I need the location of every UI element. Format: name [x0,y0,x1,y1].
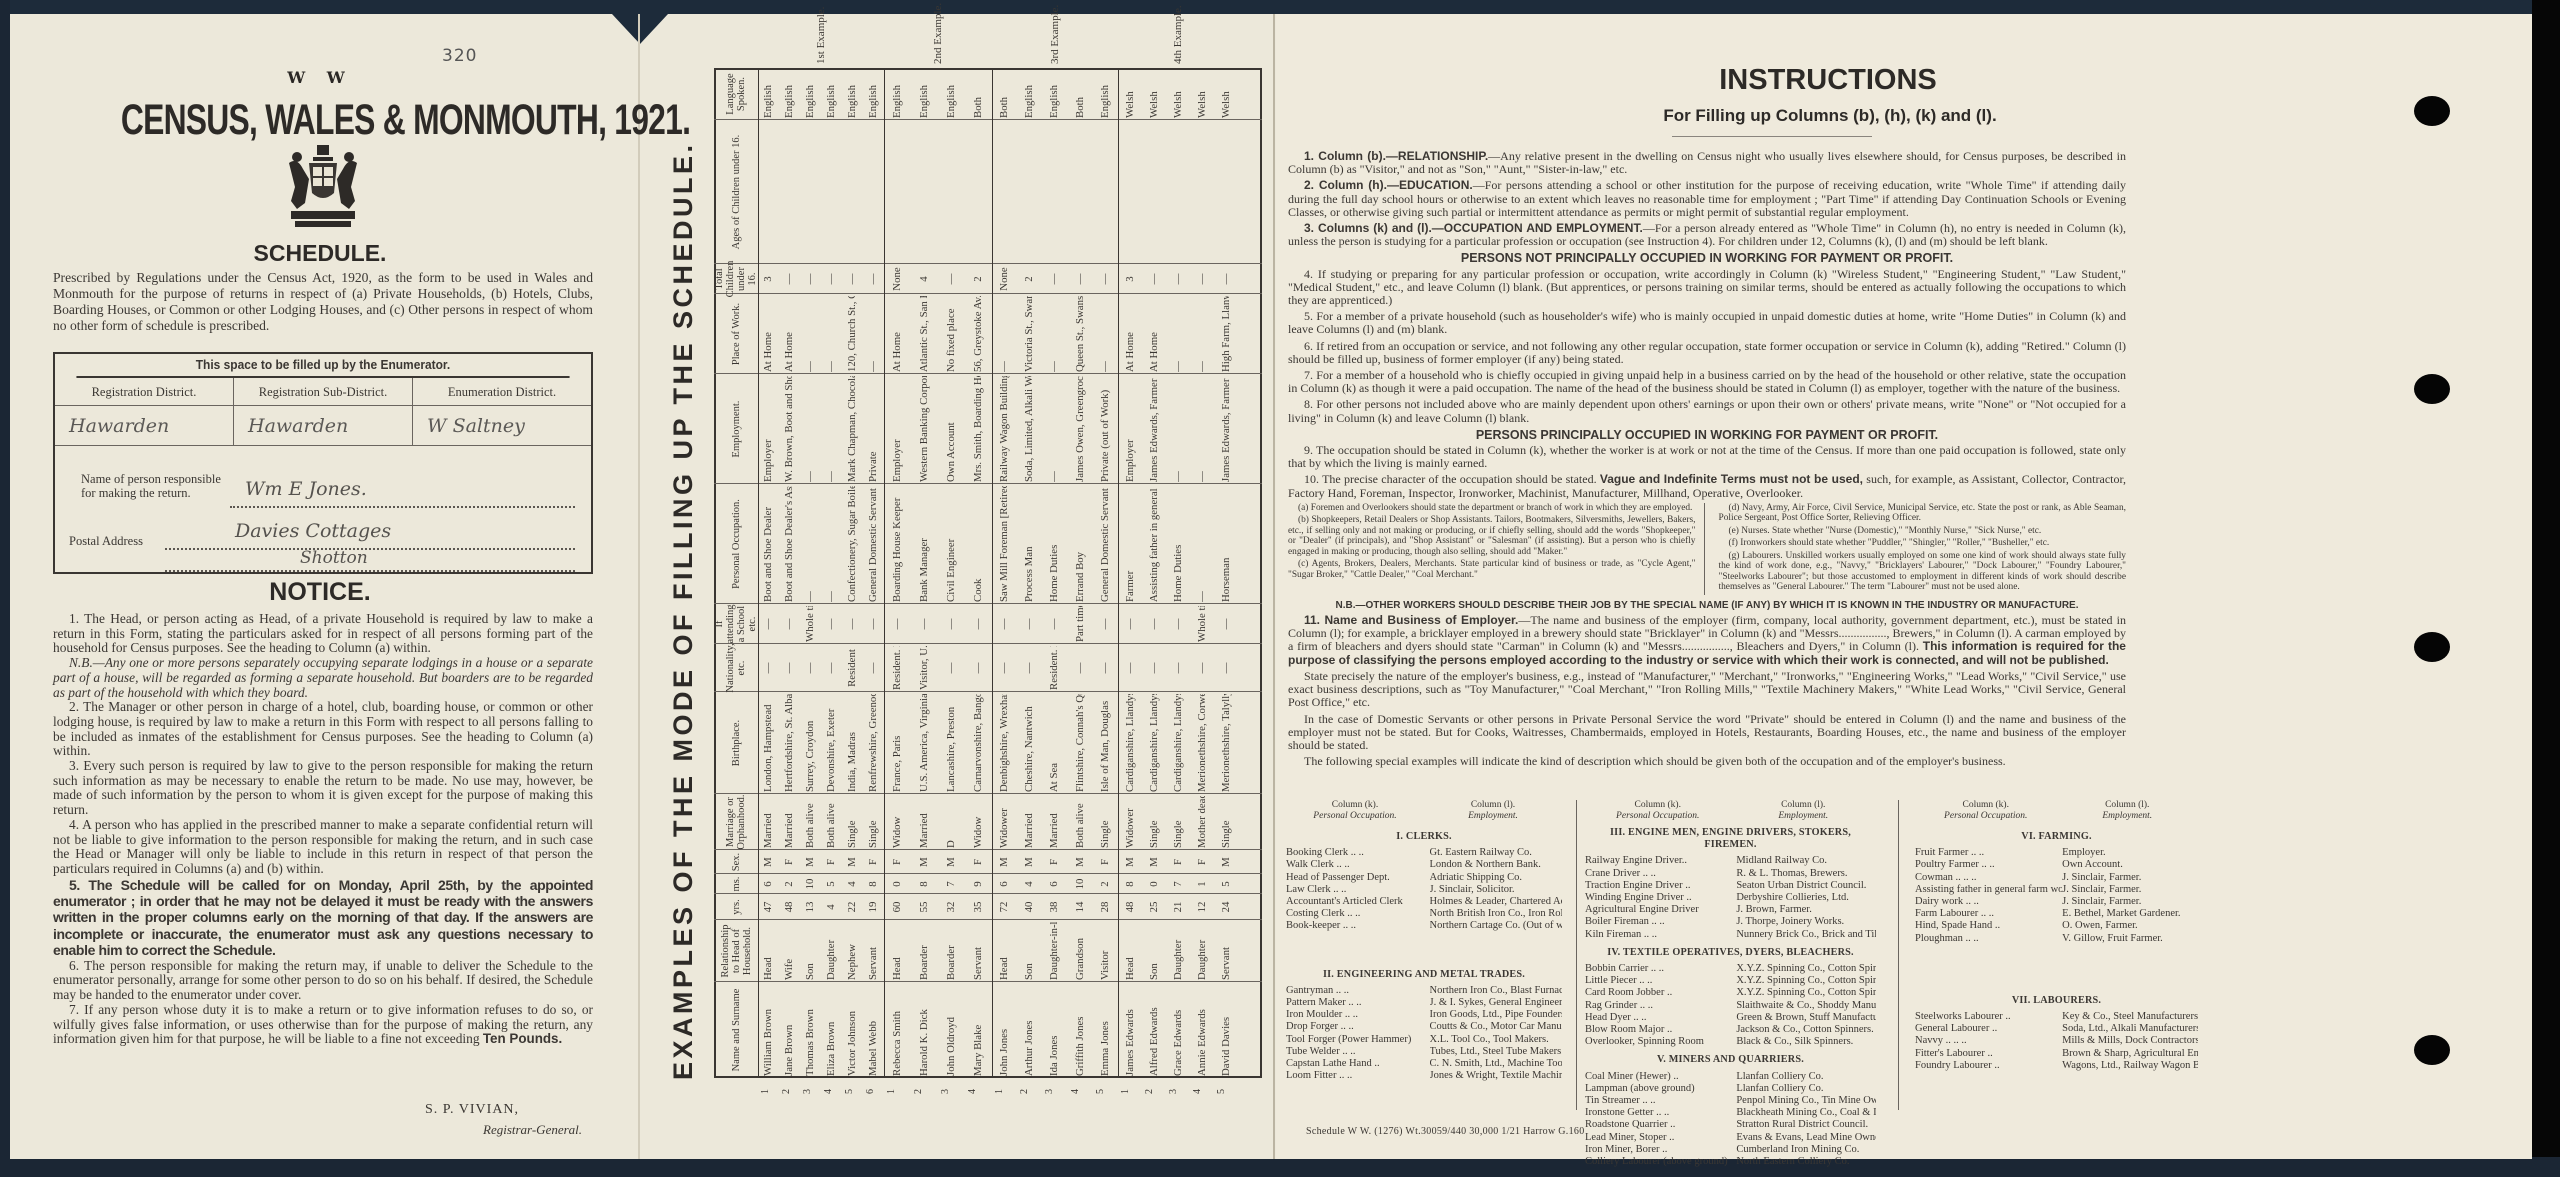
row-number: 3 [802,1089,813,1094]
cell-birth: Flintshire, Connah's Quay [1068,694,1093,792]
examples-row: Pattern Maker .. ..J. & I. Sykes, Genera… [1286,997,1562,1009]
column-header-ms: ms. [714,874,758,894]
cell-mar: Widow [884,796,911,848]
examples-column-header: Column (k).Personal Occupation.Column (l… [1286,800,1562,821]
subitem-b: (b) Shopkeepers, Retail Dealers or Shop … [1288,515,1696,557]
examples-section: VI. FARMING.Fruit Farmer .. ..Employer.P… [1915,831,2198,945]
instruction-6: 6. If retired from an occupation or serv… [1288,340,2126,366]
cell-nat: — [992,646,1017,690]
cell-occ: General Domestic Servant [863,486,884,602]
cell-sex: M [758,852,779,872]
examples-row: Bobbin Carrier .. ..X.Y.Z. Spinning Co.,… [1585,963,1876,975]
cell-sex: F [863,852,884,872]
cell-school: — [992,606,1017,642]
cell-rel: Son [1017,922,1042,980]
personal-occupation: Boiler Fireman .. .. [1585,916,1736,928]
cell-lang: English [884,70,911,118]
cell-mar: Single [842,796,863,848]
column-divider [714,293,1262,294]
notice-item-5: 5. The Schedule will be called for on Mo… [53,877,593,959]
examples-column-1: Column (k).Personal Occupation.Column (l… [1286,800,1562,1082]
employment: Iron Goods, Ltd., Pipe Founders. [1430,1009,1562,1021]
personal-occupation: Farm Labourer .. .. [1915,908,2062,920]
cell-place: — [1190,296,1214,372]
personal-occupation: General Labourer .. [1915,1023,2062,1035]
cell-ms: 8 [911,876,938,892]
cell-emp: Employer [884,376,911,482]
personal-occupation: Booking Clerk .. .. [1286,847,1430,859]
cell-rel: Daughter [821,922,842,980]
employment: Jones & Wright, Textile Machinery Makers… [1430,1070,1562,1082]
personal-occupation: Tool Forger (Power Hammer) [1286,1034,1430,1046]
column-header-yrs: yrs. [714,894,758,920]
cell-birth: Merionethshire, Talyllyn [1214,694,1238,792]
employment: Evans & Evans, Lead Mine Owners. [1736,1132,1876,1144]
prescribed-text: Prescribed by Regulations under the Cens… [53,270,593,334]
examples-row: Booking Clerk .. ..Gt. Eastern Railway C… [1286,847,1562,859]
cell-total: None [992,266,1017,292]
employment: Northern Cartage Co. (Out of work.) [1430,920,1562,932]
cell-lang: Welsh [1214,70,1238,118]
column-header-school: If attending a School etc. [714,604,758,644]
examples-row: Poultry Farmer .. ..Own Account. [1915,859,2198,871]
punch-hole-icon [2414,96,2450,126]
cell-name: David Davies [1214,984,1238,1076]
examples-section-title: I. CLERKS. [1286,831,1562,843]
cell-total: 3 [1118,266,1142,292]
column-header-name: Name and Surname [714,982,758,1078]
cell-occ: — [800,486,821,602]
cell-mar: Single [1214,796,1238,848]
cell-birth: Cardiganshire, Llandyssul [1118,694,1142,792]
cell-nat: — [758,646,779,690]
example-label: 4th Example. [1172,5,1184,64]
royal-coat-of-arms-icon [283,143,363,233]
cell-rel: Servant [965,922,992,980]
column-divider [714,373,1262,374]
cell-yrs: 28 [1093,896,1118,918]
cell-mar: Single [1093,796,1118,848]
cell-name: Harold K. Dick [911,984,938,1076]
cell-place: — [800,296,821,372]
examples-row: Crane Driver .. ..R. & L. Thomas, Brewer… [1585,868,1876,880]
cell-emp: Soda, Limited, Alkali Works [1017,376,1042,482]
instruction-4: 4. If studying or preparing for any part… [1288,268,2126,308]
cell-rel: Boarder [911,922,938,980]
signature-name: S. P. VIVIAN, [425,1102,519,1118]
cell-sex: M [1118,852,1142,872]
employment: Midland Railway Co. [1736,855,1876,867]
cell-mar: Married [911,796,938,848]
section-heading-occupied: PERSONS PRINCIPALLY OCCUPIED IN WORKING … [1288,429,2126,442]
examples-row: Railway Engine Driver..Midland Railway C… [1585,855,1876,867]
cell-nat: — [965,646,992,690]
examples-row: Farm Labourer .. ..E. Bethel, Market Gar… [1915,908,2198,920]
row-number: 1 [994,1089,1005,1094]
cell-name: Victor Johnson [842,984,863,1076]
cell-ms: 6 [758,876,779,892]
examples-row: Ironstone Getter .. ..Blackheath Mining … [1585,1107,1876,1119]
instruction-7: 7. For a member of a household who is ch… [1288,369,2126,395]
cell-nat: — [1017,646,1042,690]
cell-total: — [1068,266,1093,292]
registration-district-field[interactable]: Hawarden [55,406,234,445]
row-number: 4 [823,1089,834,1094]
cell-birth: Cardiganshire, Llandyssul [1142,694,1166,792]
cell-school: — [1214,606,1238,642]
examples-row: Foundry Labourer ..Wagons, Ltd., Railway… [1915,1060,2198,1072]
postal-address-line2-field[interactable]: Shotton [300,548,368,568]
cell-ms: 10 [800,876,821,892]
cell-sex: M [938,852,965,872]
registration-sub-district-field[interactable]: Hawarden [234,406,413,445]
cell-rel: Boarder [938,922,965,980]
personal-occupation: Colliery Labourer (above ground) [1585,1156,1736,1168]
cell-school: — [821,606,842,642]
personal-occupation: Ironstone Getter .. .. [1585,1107,1736,1119]
employment: J. Sinclair, Farmer. [2062,884,2198,896]
cell-yrs: 32 [938,896,965,918]
punch-hole-icon [2414,632,2450,662]
cell-birth: Cardiganshire, Llandyssul [1166,694,1190,792]
cell-school: — [884,606,911,642]
cell-place: At Home [1142,296,1166,372]
cell-total: None [884,266,911,292]
cell-school: — [1042,606,1067,642]
cell-nat: — [938,646,965,690]
cell-mar: Both alive [800,796,821,848]
cell-sex: M [800,852,821,872]
cell-occ: Boot and Shoe Dealer's Assistant [779,486,800,602]
cell-birth: France, Paris [884,694,911,792]
cell-yrs: 19 [863,896,884,918]
cell-name: Arthur Jones [1017,984,1042,1076]
cell-total: 2 [965,266,992,292]
postal-address-label: Postal Address [69,534,143,549]
cell-total: — [821,266,842,292]
employment: Slaithwaite & Co., Shoddy Manufacturers. [1736,1000,1876,1012]
personal-occupation: Fitter's Labourer .. [1915,1048,2062,1060]
personal-occupation: Crane Driver .. .. [1585,868,1736,880]
examples-row: Fruit Farmer .. ..Employer. [1915,847,2198,859]
cell-nat: — [1166,646,1190,690]
cell-birth: Surrey, Croydon [800,694,821,792]
examples-table: Name and SurnameRelationship to Head of … [690,68,1262,1078]
examples-row: Assisting father in general farm workJ. … [1915,884,2198,896]
examples-row: Roadstone Quarrier ..Stratton Rural Dist… [1585,1119,1876,1131]
cell-occ: Home Duties [1042,486,1067,602]
cell-place: At Home [884,296,911,372]
employment: X.Y.Z. Spinning Co., Cotton Spinners. [1736,987,1876,999]
cell-lang: English [1042,70,1067,118]
column-divider [714,483,1262,484]
cell-total: — [1166,266,1190,292]
personal-occupation: Cowman .. .. .. [1915,872,2062,884]
cell-sex: M [1142,852,1166,872]
cell-birth: Lancashire, Preston [938,694,965,792]
employment: J. Thorpe, Joinery Works. [1736,916,1876,928]
cell-school: — [911,606,938,642]
personal-occupation: Hind, Spade Hand .. [1915,920,2062,932]
employment: C. N. Smith, Ltd., Machine Tool Makers. [1430,1058,1562,1070]
dotted-line [230,506,575,508]
cell-place: High Farm, Llanwenog [1214,296,1238,372]
cell-place: — [1166,296,1190,372]
examples-row: Rag Grinder .. ..Slaithwaite & Co., Shod… [1585,1000,1876,1012]
cell-place: — [1093,296,1118,372]
cell-place: No fixed place [938,296,965,372]
enumeration-district-label: Enumeration District. [413,378,591,405]
employment: E. Bethel, Market Gardener. [2062,908,2198,920]
notice-item-3: 3. Every such person is required by law … [53,759,593,818]
cell-birth: Hertfordshire, St. Albans [779,694,800,792]
instruction-8: 8. For other persons not included above … [1288,398,2126,424]
column-divider [714,119,1262,120]
cell-rel: Visitor [1093,922,1118,980]
employment: Jackson & Co., Cotton Spinners. [1736,1024,1876,1036]
employment: O. Owen, Farmer. [2062,920,2198,932]
cell-lang: English [842,70,863,118]
personal-occupation: Capstan Lathe Hand .. [1286,1058,1430,1070]
cell-place: — [992,296,1017,372]
cell-occ: — [1190,486,1214,602]
cell-birth: Devonshire, Exeter [821,694,842,792]
cell-ms: 7 [1166,876,1190,892]
cell-nat: — [1190,646,1214,690]
cell-name: Rebecca Smith [884,984,911,1076]
cell-occ: — [821,486,842,602]
cell-ms: 10 [1068,876,1093,892]
cell-emp: Own Account [938,376,965,482]
enumerator-values: Hawarden Hawarden W Saltney [55,406,591,446]
registration-sub-district-label: Registration Sub-District. [234,378,413,405]
scanner-frame-right [2532,0,2560,1177]
personal-occupation: Little Piecer .. .. [1585,975,1736,987]
cell-occ: Bank Manager [911,486,938,602]
cell-occ: Saw Mill Foreman [Retired] [992,486,1017,602]
examples-row: Dairy work .. ..J. Sinclair, Farmer. [1915,896,2198,908]
cell-ms: 4 [1017,876,1042,892]
column-header-birth: Birthplace. [714,692,758,794]
examples-section: IV. TEXTILE OPERATIVES, DYERS, BLEACHERS… [1585,947,1876,1049]
cell-yrs: 38 [1042,896,1067,918]
personal-occupation: Winding Engine Driver .. [1585,892,1736,904]
cell-occ: Boot and Shoe Dealer [758,486,779,602]
schedule-heading: SCHEDULE. [0,240,640,267]
subitem-f: (f) Ironworkers should state whether "Pu… [1719,538,2127,549]
cell-rel: Servant [1214,922,1238,980]
cell-emp: Employer [1118,376,1142,482]
responsible-person-field[interactable]: Wm E Jones. [245,478,367,500]
examples-row: General Labourer ..Soda, Ltd., Alkali Ma… [1915,1023,2198,1035]
cell-nat: — [1142,646,1166,690]
fine-amount: Ten Pounds. [483,1031,562,1046]
responsible-person-label: Name of person responsible for making th… [81,472,221,500]
cell-occ: Home Duties [1166,486,1190,602]
examples-section: I. CLERKS.Booking Clerk .. ..Gt. Eastern… [1286,831,1562,933]
examples-row: Iron Miner, Borer ..Cumberland Iron Mini… [1585,1144,1876,1156]
employment: Nunnery Brick Co., Brick and Tile Makers… [1736,929,1876,941]
dotted-line [165,548,575,550]
employment: Adriatic Shipping Co. [1430,872,1562,884]
column-header-total: Total Children under 16. [714,264,758,294]
cell-birth: Carnarvonshire, Bangor [965,694,992,792]
examples-row: Blow Room Major ..Jackson & Co., Cotton … [1585,1024,1876,1036]
cell-name: Annie Edwards [1190,984,1214,1076]
examples-row: Iron Moulder .. ..Iron Goods, Ltd., Pipe… [1286,1009,1562,1021]
cell-ms: 8 [863,876,884,892]
instruction-9: 9. The occupation should be stated in Co… [1288,444,2126,470]
employment: Llanfan Colliery Co. [1736,1083,1876,1095]
cell-birth: Cheshire, Nantwich [1017,694,1042,792]
cell-school: — [842,606,863,642]
examples-row: Capstan Lathe Hand ..C. N. Smith, Ltd., … [1286,1058,1562,1070]
cell-birth: Isle of Man, Douglas [1093,694,1118,792]
examples-section-title: III. ENGINE MEN, ENGINE DRIVERS, STOKERS… [1585,827,1876,851]
cell-name: William Brown [758,984,779,1076]
row-number: 2 [1144,1089,1155,1094]
enumeration-district-field[interactable]: W Saltney [413,406,591,445]
examples-row: Fitter's Labourer ..Brown & Sharp, Agric… [1915,1048,2198,1060]
cell-nat: Resident. British born [884,646,911,690]
page-number: 320 [442,46,477,66]
employment: Employer. [2062,847,2198,859]
cell-name: Mary Blake [965,984,992,1076]
personal-occupation: Loom Fitter .. .. [1286,1070,1430,1082]
cell-emp: Employer [758,376,779,482]
employment: Northern Iron Co., Blast Furnaces. [1430,985,1562,997]
employment: Black & Co., Silk Spinners. [1736,1036,1876,1048]
notice-body: 1. The Head, or person acting as Head, o… [53,612,593,1047]
personal-occupation: Foundry Labourer .. [1915,1060,2062,1072]
personal-occupation: Drop Forger .. .. [1286,1021,1430,1033]
punch-hole-icon [2414,374,2450,404]
examples-row: Little Piecer .. ..X.Y.Z. Spinning Co., … [1585,975,1876,987]
personal-occupation: Tube Welder .. .. [1286,1046,1430,1058]
instruction-2-label: 2. Column (h).—EDUCATION. [1304,178,1473,192]
personal-occupation: Gantryman .. .. [1286,985,1430,997]
postal-address-line1-field[interactable]: Davies Cottages [235,520,391,542]
cell-yrs: 22 [842,896,863,918]
cell-school: — [965,606,992,642]
column-header-sex: Sex. [714,850,758,874]
cell-ms: 5 [821,876,842,892]
example-label: 1st Example. [815,7,827,64]
cell-occ: Horseman [1214,486,1238,602]
personal-occupation: Steelworks Labourer .. [1915,1011,2062,1023]
cell-birth: Merionethshire, Corwen [1190,694,1214,792]
cell-occ: Process Man [1017,486,1042,602]
cell-rel: Nephew [842,922,863,980]
instructions-subtitle: For Filling up Columns (b), (h), (k) and… [1620,106,2040,126]
employment: Blackheath Mining Co., Coal & Iron Mines… [1736,1107,1876,1119]
employment: Brown & Sharp, Agricultural Engineers. [2062,1048,2198,1060]
cell-lang: English [863,70,884,118]
cell-nat: — [1214,646,1238,690]
enumerator-columns: Registration District. Registration Sub-… [55,378,591,406]
personal-occupation: Lampman (above ground) [1585,1083,1736,1095]
cell-emp: W. Brown, Boot and Shoe Dealer [779,376,800,482]
cell-yrs: 24 [1214,896,1238,918]
cell-name: John Jones [992,984,1017,1076]
examples-column-3: Column (k).Personal Occupation.Column (l… [1898,800,2198,1110]
column-divider [714,873,1262,874]
employment: Mills & Mills, Dock Contractors. [2062,1035,2198,1047]
examples-section: V. MINERS AND QUARRIERS.Coal Miner (Hewe… [1585,1054,1876,1168]
personal-occupation: Iron Miner, Borer .. [1585,1144,1736,1156]
cell-rel: Head [1118,922,1142,980]
personal-occupation: Accountant's Articled Clerk [1286,896,1430,908]
cell-birth: Denbighshire, Wrexham [992,694,1017,792]
column-divider [714,263,1262,264]
cell-rel: Daughter-in-law [1042,922,1067,980]
row-number: 3 [1168,1089,1179,1094]
row-number: 6 [865,1089,876,1094]
cell-school: Whole time [1190,606,1214,642]
column-divider [714,919,1262,920]
personal-occupation: Fruit Farmer .. .. [1915,847,2062,859]
employment: Coutts & Co., Motor Car Manufacturers. [1430,1021,1562,1033]
registration-district-label: Registration District. [55,378,234,405]
personal-occupation: Overlooker, Spinning Room [1585,1036,1736,1048]
cell-lang: English [821,70,842,118]
column-header-emp: Employment. [714,374,758,484]
employment: X.Y.Z. Spinning Co., Cotton Spinners. [1736,975,1876,987]
employment: J. Sinclair, Farmer. [2062,872,2198,884]
cell-birth: U.S. America, Virginia [911,694,938,792]
cell-total: — [1093,266,1118,292]
cell-mar: Married [758,796,779,848]
personal-occupation: Law Clerk .. .. [1286,884,1430,896]
instruction-3: 3. Columns (k) and (l).—OCCUPATION AND E… [1288,222,2126,248]
employment: Key & Co., Steel Manufacturers. [2062,1011,2198,1023]
examples-column-header: Column (k).Personal Occupation.Column (l… [1585,800,1876,821]
cell-yrs: 25 [1142,896,1166,918]
subitem-a: (a) Foremen and Overlookers should state… [1288,503,1696,514]
instruction-11-d: The following special examples will indi… [1288,755,2126,768]
employment: V. Gillow, Fruit Farmer. [2062,933,2198,945]
cell-ms: 1 [1190,876,1214,892]
notice-item-1: 1. The Head, or person acting as Head, o… [53,612,593,656]
notice-item-7: 7. If any person whose duty it is to mak… [53,1003,593,1047]
cell-lang: English [1093,70,1118,118]
cell-occ: Assisting father in general Farm work [1142,486,1166,602]
cell-lang: Welsh [1166,70,1190,118]
cell-ms: 2 [779,876,800,892]
cell-ms: 6 [992,876,1017,892]
cell-rel: Head [992,922,1017,980]
cell-emp: — [1190,376,1214,482]
row-number: 5 [844,1089,855,1094]
employment: London & Northern Bank. [1430,859,1562,871]
cell-yrs: 47 [758,896,779,918]
examples-section: VII. LABOURERS.Steelworks Labourer ..Key… [1915,995,2198,1072]
column-header-mar: Marriage or Orphanhood. [714,794,758,850]
personal-occupation: Kiln Fireman .. .. [1585,929,1736,941]
notice-nb: N.B.—Any one or more persons separately … [53,656,593,700]
cell-total: 2 [1017,266,1042,292]
cell-mar: Single [1166,796,1190,848]
column-divider [714,793,1262,794]
cell-name: Mabel Webb [863,984,884,1076]
cell-sex: F [1190,852,1214,872]
cell-yrs: 4 [821,896,842,918]
cell-place: — [1042,296,1067,372]
cell-sex: F [884,852,911,872]
cell-name: Ida Jones [1042,984,1067,1076]
notice-item-6: 6. The person responsible for making the… [53,959,593,1003]
examples-section-title: IV. TEXTILE OPERATIVES, DYERS, BLEACHERS… [1585,947,1876,959]
